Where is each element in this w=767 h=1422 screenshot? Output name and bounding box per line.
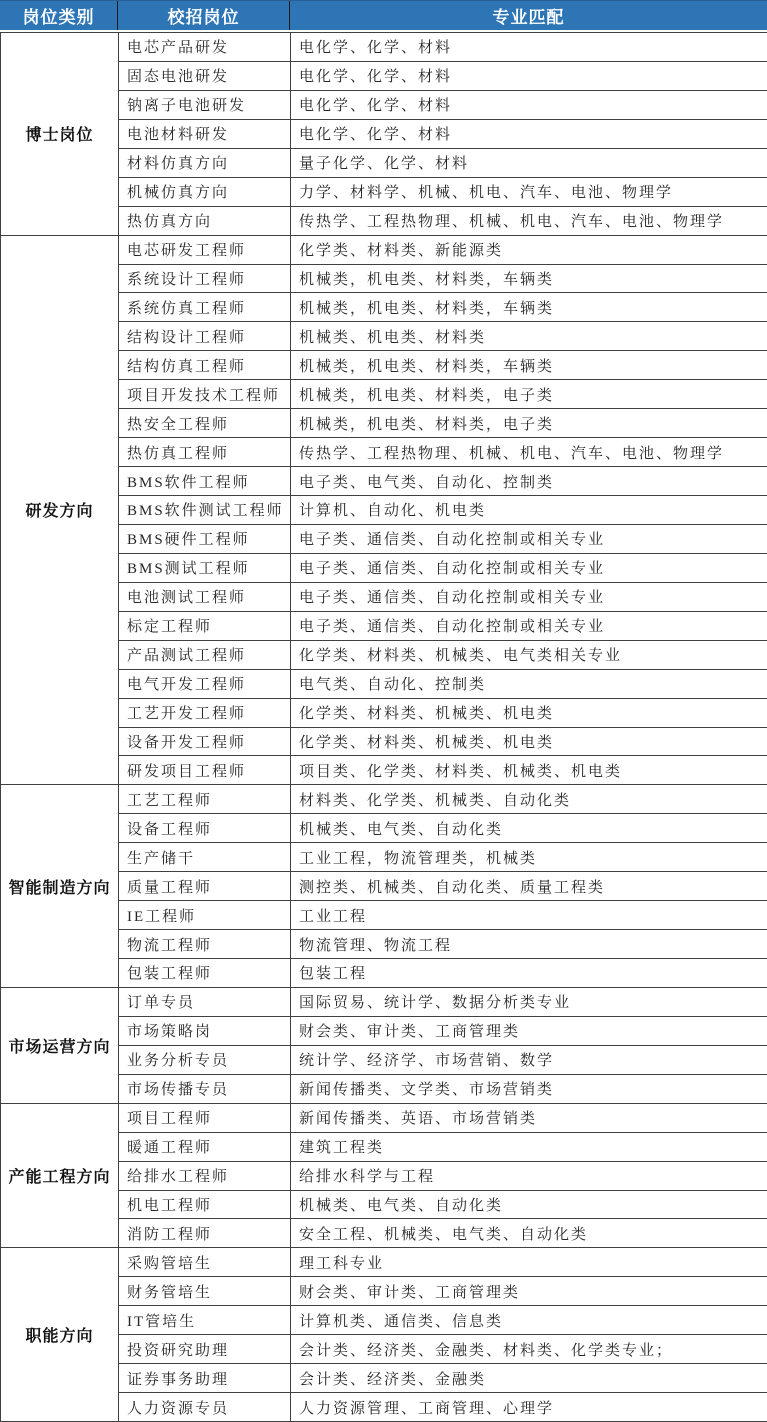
- position-cell: BMS硬件工程师: [119, 524, 291, 553]
- position-cell: 产品测试工程师: [119, 640, 291, 669]
- majors-cell: 机械类，机电类、材料类，车辆类: [291, 351, 767, 380]
- majors-cell: 化学类、材料类、机械类、机电类: [291, 727, 767, 756]
- majors-cell: 新闻传播类、英语、市场营销类: [291, 1103, 767, 1132]
- majors-cell: 电子类、通信类、自动化控制或相关专业: [291, 524, 767, 553]
- table-row: 智能制造方向工艺工程师材料类、化学类、机械类、自动化类: [1, 785, 767, 814]
- table-body: 博士岗位电芯产品研发电化学、化学、材料固态电池研发电化学、化学、材料钠离子电池研…: [0, 32, 767, 1422]
- majors-cell: 人力资源管理、工商管理、心理学: [291, 1393, 767, 1422]
- position-cell: 结构仿真工程师: [119, 351, 291, 380]
- majors-cell: 电气类、自动化、控制类: [291, 669, 767, 698]
- majors-cell: 传热学、工程热物理、机械、机电、汽车、电池、物理学: [291, 438, 767, 467]
- position-cell: 热安全工程师: [119, 409, 291, 438]
- position-cell: 固态电池研发: [119, 61, 291, 90]
- majors-cell: 财会类、审计类、工商管理类: [291, 1016, 767, 1045]
- majors-cell: 机械类，机电类、材料类，电子类: [291, 409, 767, 438]
- position-cell: 市场策略岗: [119, 1016, 291, 1045]
- table-row: 研发方向电芯研发工程师化学类、材料类、新能源类: [1, 235, 767, 264]
- majors-cell: 统计学、经济学、市场营销、数学: [291, 1045, 767, 1074]
- majors-cell: 计算机、自动化、机电类: [291, 496, 767, 525]
- position-cell: 热仿真工程师: [119, 438, 291, 467]
- position-cell: 系统仿真工程师: [119, 293, 291, 322]
- position-cell: 业务分析专员: [119, 1045, 291, 1074]
- position-cell: 包装工程师: [119, 959, 291, 988]
- position-cell: 证券事务助理: [119, 1364, 291, 1393]
- majors-cell: 电化学、化学、材料: [291, 61, 767, 90]
- position-cell: 电芯研发工程师: [119, 235, 291, 264]
- position-cell: 给排水工程师: [119, 1161, 291, 1190]
- position-cell: BMS软件测试工程师: [119, 496, 291, 525]
- position-cell: 质量工程师: [119, 872, 291, 901]
- position-cell: 设备开发工程师: [119, 727, 291, 756]
- majors-cell: 给排水科学与工程: [291, 1161, 767, 1190]
- position-cell: BMS软件工程师: [119, 467, 291, 496]
- majors-cell: 电化学、化学、材料: [291, 33, 767, 62]
- table-row: 职能方向采购管培生理工科专业: [1, 1248, 767, 1277]
- position-cell: 工艺工程师: [119, 785, 291, 814]
- majors-cell: 国际贸易、统计学、数据分析类专业: [291, 987, 767, 1016]
- majors-cell: 新闻传播类、文学类、市场营销类: [291, 1074, 767, 1103]
- majors-cell: 化学类、材料类、机械类、机电类: [291, 698, 767, 727]
- majors-cell: 量子化学、化学、材料: [291, 148, 767, 177]
- majors-cell: 安全工程、机械类、电气类、自动化类: [291, 1219, 767, 1248]
- majors-cell: 会计类、经济类、金融类: [291, 1364, 767, 1393]
- position-cell: 采购管培生: [119, 1248, 291, 1277]
- category-cell: 市场运营方向: [1, 987, 119, 1103]
- position-cell: 设备工程师: [119, 814, 291, 843]
- position-cell: IE工程师: [119, 901, 291, 930]
- majors-cell: 化学类、材料类、新能源类: [291, 235, 767, 264]
- majors-cell: 物流管理、物流工程: [291, 930, 767, 959]
- position-cell: 研发项目工程师: [119, 756, 291, 785]
- category-cell: 智能制造方向: [1, 785, 119, 988]
- position-cell: 钠离子电池研发: [119, 90, 291, 119]
- majors-cell: 工业工程: [291, 901, 767, 930]
- majors-cell: 电子类、通信类、自动化控制或相关专业: [291, 611, 767, 640]
- majors-cell: 项目类、化学类、材料类、机械类、机电类: [291, 756, 767, 785]
- majors-cell: 电子类、通信类、自动化控制或相关专业: [291, 582, 767, 611]
- position-cell: 项目工程师: [119, 1103, 291, 1132]
- majors-cell: 电化学、化学、材料: [291, 119, 767, 148]
- majors-cell: 材料类、化学类、机械类、自动化类: [291, 785, 767, 814]
- position-cell: 机械仿真方向: [119, 177, 291, 206]
- position-cell: 消防工程师: [119, 1219, 291, 1248]
- majors-cell: 建筑工程类: [291, 1132, 767, 1161]
- position-cell: 热仿真方向: [119, 206, 291, 235]
- position-cell: BMS测试工程师: [119, 553, 291, 582]
- position-cell: IT管培生: [119, 1306, 291, 1335]
- position-cell: 工艺开发工程师: [119, 698, 291, 727]
- majors-cell: 传热学、工程热物理、机械、机电、汽车、电池、物理学: [291, 206, 767, 235]
- majors-cell: 工业工程，物流管理类，机械类: [291, 843, 767, 872]
- position-cell: 市场传播专员: [119, 1074, 291, 1103]
- position-cell: 电池测试工程师: [119, 582, 291, 611]
- majors-cell: 机械类、机电类、材料类: [291, 322, 767, 351]
- position-cell: 电气开发工程师: [119, 669, 291, 698]
- recruitment-table: 岗位类别 校招岗位 专业匹配 博士岗位电芯产品研发电化学、化学、材料固态电池研发…: [0, 0, 767, 1422]
- header-cell-category: 岗位类别: [0, 1, 118, 30]
- majors-cell: 测控类、机械类、自动化类、质量工程类: [291, 872, 767, 901]
- table-row: 市场运营方向订单专员国际贸易、统计学、数据分析类专业: [1, 987, 767, 1016]
- majors-cell: 机械类、电气类、自动化类: [291, 1190, 767, 1219]
- majors-cell: 电子类、通信类、自动化控制或相关专业: [291, 553, 767, 582]
- majors-cell: 理工科专业: [291, 1248, 767, 1277]
- position-cell: 电芯产品研发: [119, 33, 291, 62]
- majors-cell: 机械类，机电类、材料类，车辆类: [291, 264, 767, 293]
- position-cell: 财务管培生: [119, 1277, 291, 1306]
- majors-cell: 电子类、电气类、自动化、控制类: [291, 467, 767, 496]
- majors-cell: 力学、材料学、机械、机电、汽车、电池、物理学: [291, 177, 767, 206]
- header-cell-majors: 专业匹配: [290, 1, 767, 30]
- position-cell: 电池材料研发: [119, 119, 291, 148]
- position-cell: 暖通工程师: [119, 1132, 291, 1161]
- majors-cell: 机械类、电气类、自动化类: [291, 814, 767, 843]
- table-row: 产能工程方向项目工程师新闻传播类、英语、市场营销类: [1, 1103, 767, 1132]
- position-cell: 结构设计工程师: [119, 322, 291, 351]
- position-cell: 机电工程师: [119, 1190, 291, 1219]
- majors-cell: 机械类，机电类、材料类，车辆类: [291, 293, 767, 322]
- category-cell: 产能工程方向: [1, 1103, 119, 1248]
- header-cell-position: 校招岗位: [118, 1, 290, 30]
- table-header-row: 岗位类别 校招岗位 专业匹配: [0, 0, 767, 30]
- category-cell: 研发方向: [1, 235, 119, 785]
- majors-cell: 包装工程: [291, 959, 767, 988]
- majors-cell: 会计类、经济类、金融类、材料类、化学类专业；: [291, 1335, 767, 1364]
- majors-cell: 电化学、化学、材料: [291, 90, 767, 119]
- position-cell: 订单专员: [119, 987, 291, 1016]
- position-cell: 生产储干: [119, 843, 291, 872]
- majors-cell: 机械类，机电类、材料类，电子类: [291, 380, 767, 409]
- position-cell: 物流工程师: [119, 930, 291, 959]
- position-cell: 项目开发技术工程师: [119, 380, 291, 409]
- category-cell: 博士岗位: [1, 33, 119, 236]
- position-cell: 投资研究助理: [119, 1335, 291, 1364]
- category-cell: 职能方向: [1, 1248, 119, 1422]
- position-cell: 系统设计工程师: [119, 264, 291, 293]
- majors-cell: 化学类、材料类、机械类、电气类相关专业: [291, 640, 767, 669]
- majors-cell: 计算机类、通信类、信息类: [291, 1306, 767, 1335]
- position-cell: 人力资源专员: [119, 1393, 291, 1422]
- position-cell: 标定工程师: [119, 611, 291, 640]
- table-row: 博士岗位电芯产品研发电化学、化学、材料: [1, 33, 767, 62]
- position-cell: 材料仿真方向: [119, 148, 291, 177]
- majors-cell: 财会类、审计类、工商管理类: [291, 1277, 767, 1306]
